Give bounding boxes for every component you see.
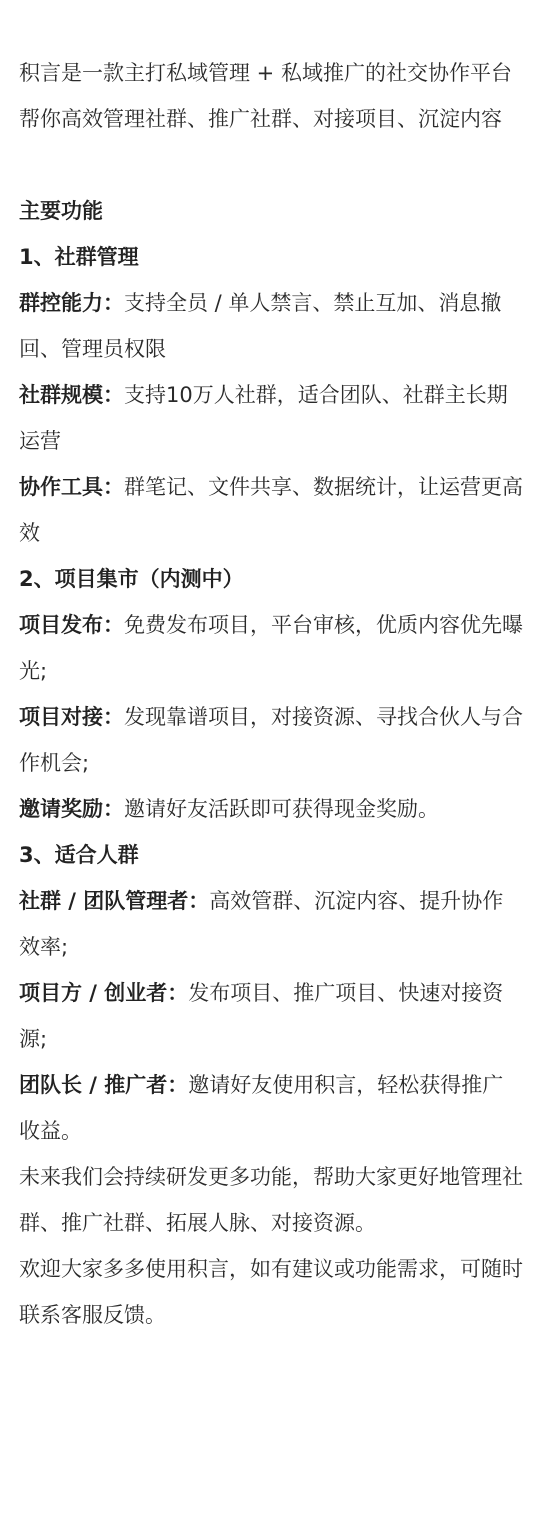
intro-line-1: 积言是一款主打私域管理 + 私域推广的社交协作平台 [19, 50, 523, 96]
feature-label: 项目方 / 创业者： [19, 981, 188, 1005]
feature-label: 项目对接： [19, 705, 124, 729]
feature-item-project-owners: 项目方 / 创业者：发布项目、推广项目、快速对接资源; [19, 970, 523, 1062]
section-target-users: 3、适合人群 社群 / 团队管理者：高效管群、沉淀内容、提升协作效率; 项目方 … [19, 832, 523, 1154]
feature-item-community-managers: 社群 / 团队管理者：高效管群、沉淀内容、提升协作效率; [19, 878, 523, 970]
feature-label: 社群规模： [19, 383, 124, 407]
feature-label: 邀请奖励： [19, 797, 124, 821]
section-2-heading: 2、项目集市（内测中） [19, 556, 523, 602]
feature-label: 社群 / 团队管理者： [19, 889, 209, 913]
feature-item-invite-reward: 邀请奖励：邀请好友活跃即可获得现金奖励。 [19, 786, 523, 832]
feature-item-group-scale: 社群规模：支持10万人社群，适合团队、社群主长期运营 [19, 372, 523, 464]
closing-paragraph-1: 未来我们会持续研发更多功能，帮助大家更好地管理社群、推广社群、拓展人脉、对接资源… [19, 1154, 523, 1246]
feature-item-project-connect: 项目对接：发现靠谱项目，对接资源、寻找合伙人与合作机会; [19, 694, 523, 786]
feature-label: 项目发布： [19, 613, 124, 637]
feature-label: 团队长 / 推广者： [19, 1073, 188, 1097]
feature-item-collab-tools: 协作工具：群笔记、文件共享、数据统计，让运营更高效 [19, 464, 523, 556]
closing-paragraph-2: 欢迎大家多多使用积言，如有建议或功能需求，可随时联系客服反馈。 [19, 1246, 523, 1338]
section-3-heading: 3、适合人群 [19, 832, 523, 878]
section-project-market: 2、项目集市（内测中） 项目发布：免费发布项目，平台审核，优质内容优先曝光; 项… [19, 556, 523, 832]
feature-text: 邀请好友活跃即可获得现金奖励。 [124, 797, 439, 821]
main-features-title: 主要功能 [19, 188, 523, 234]
feature-item-team-promoters: 团队长 / 推广者：邀请好友使用积言，轻松获得推广收益。 [19, 1062, 523, 1154]
feature-label: 群控能力： [19, 291, 124, 315]
section-community-management: 1、社群管理 群控能力：支持全员 / 单人禁言、禁止互加、消息撤回、管理员权限 … [19, 234, 523, 556]
feature-item-project-publish: 项目发布：免费发布项目，平台审核，优质内容优先曝光; [19, 602, 523, 694]
intro-line-2: 帮你高效管理社群、推广社群、对接项目、沉淀内容 [19, 96, 523, 142]
section-1-heading: 1、社群管理 [19, 234, 523, 280]
feature-label: 协作工具： [19, 475, 124, 499]
feature-item-group-control: 群控能力：支持全员 / 单人禁言、禁止互加、消息撤回、管理员权限 [19, 280, 523, 372]
app-description-page: 积言是一款主打私域管理 + 私域推广的社交协作平台 帮你高效管理社群、推广社群、… [0, 0, 540, 1521]
